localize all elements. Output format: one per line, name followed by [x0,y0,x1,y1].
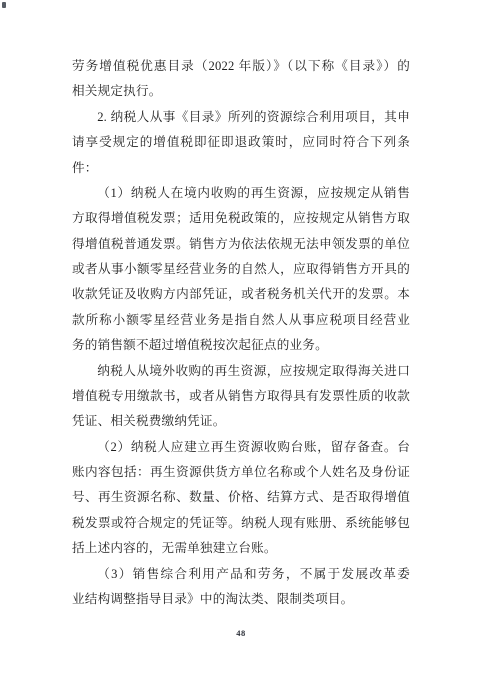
text-line: 凭证、相关税费缴纳凭证。 [72,409,410,434]
text-line: 相关规定执行。 [72,79,410,104]
text-line: 请享受规定的增值税即征即退政策时，应同时符合下列条 [72,130,410,155]
text-line: 纳税人从境外收购的再生资源，应按规定取得海关进口 [72,359,410,384]
text-line: 件： [72,156,410,181]
body-text: 劳务增值税优惠目录（2022 年版）》（以下称《目录》）的 相关规定执行。 2.… [72,54,410,612]
text-line: 业结构调整指导目录》中的淘汰类、限制类项目。 [72,587,410,612]
text-line: （1）纳税人在境内收购的再生资源，应按规定从销售 [72,181,410,206]
text-line: （2）纳税人应建立再生资源收购台账，留存备查。台 [72,435,410,460]
text-line: （3）销售综合利用产品和劳务，不属于发展改革委《产 [72,562,410,587]
text-line: 括上述内容的，无需单独建立台账。 [72,536,410,561]
text-line: 号、再生资源名称、数量、价格、结算方式、是否取得增值 [72,485,410,510]
text-line: 得增值税普通发票。销售方为依法依规无法申领发票的单位 [72,232,410,257]
text-line: 2. 纳税人从事《目录》所列的资源综合利用项目，其申 [72,105,410,130]
text-line: 方取得增值税发票；适用免税政策的，应按规定从销售方取 [72,206,410,231]
text-line: 收款凭证及收购方内部凭证，或者税务机关代开的发票。本 [72,282,410,307]
page-number: 48 [72,628,410,638]
document-page: 劳务增值税优惠目录（2022 年版）》（以下称《目录》）的 相关规定执行。 2.… [0,0,480,678]
text-line: 款所称小额零星经营业务是指自然人从事应税项目经营业 [72,308,410,333]
text-line: 务的销售额不超过增值税按次起征点的业务。 [72,333,410,358]
text-line: 税发票或符合规定的凭证等。纳税人现有账册、系统能够包 [72,511,410,536]
scan-artifact [2,2,6,8]
text-line: 账内容包括：再生资源供货方单位名称或个人姓名及身份证 [72,460,410,485]
text-line: 劳务增值税优惠目录（2022 年版）》（以下称《目录》）的 [72,54,410,79]
text-line: 增值税专用缴款书，或者从销售方取得具有发票性质的收款 [72,384,410,409]
text-line: 或者从事小额零星经营业务的自然人，应取得销售方开具的 [72,257,410,282]
